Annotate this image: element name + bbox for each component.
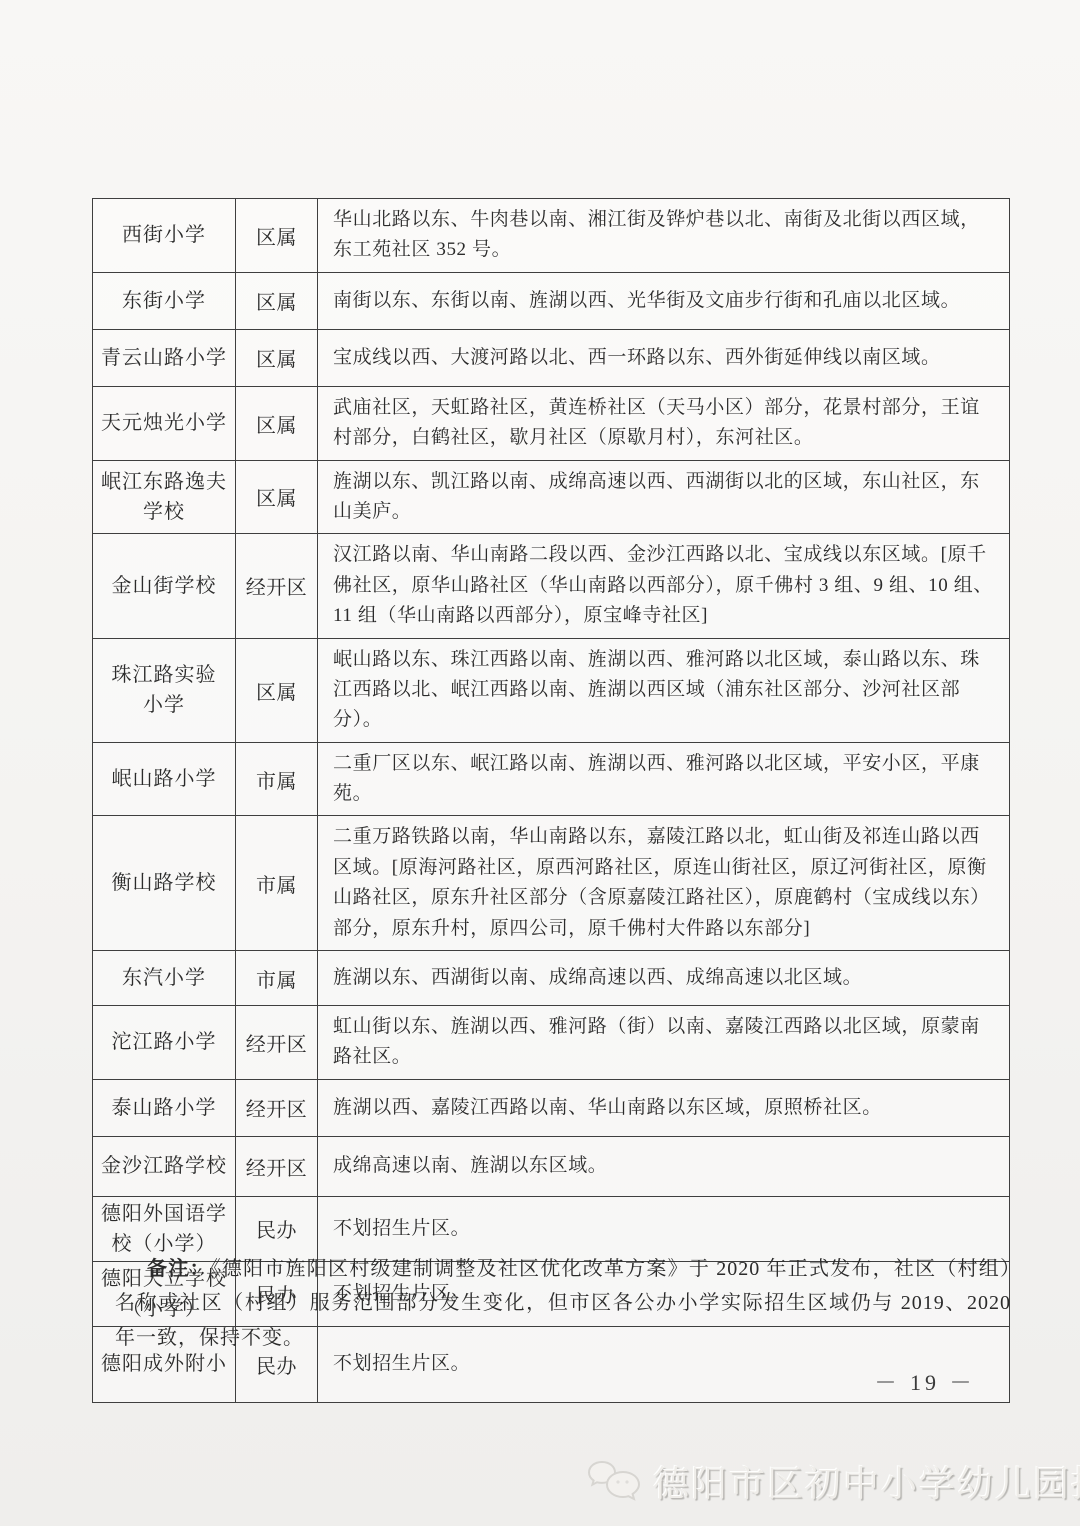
district-cell: 二重万路铁路以南，华山南路以东，嘉陵江路以北，虹山街及祁连山路以西区域。[原海河… — [318, 816, 1010, 951]
affiliation-cell: 区属 — [236, 199, 318, 273]
school-name-cell: 东街小学 — [93, 272, 236, 329]
footnote-label: 备注： — [147, 1258, 211, 1280]
district-cell: 虹山街以东、旌湖以西、雅河路（街）以南、嘉陵江西路以北区域，原蒙南路社区。 — [318, 1006, 1010, 1080]
table-row: 珠江路实验 小学 区属 岷山路以东、珠江西路以南、旌湖以西、雅河路以北区域，泰山… — [93, 638, 1010, 742]
school-name-cell: 金山街学校 — [93, 534, 236, 638]
district-cell: 南街以东、东街以南、旌湖以西、光华街及文庙步行街和孔庙以北区域。 — [318, 272, 1010, 329]
affiliation-cell: 区属 — [236, 460, 318, 534]
footnote: 备注：《德阳市旌阳区村级建制调整及社区优化改革方案》于 2020 年正式发布，社… — [115, 1252, 1011, 1355]
district-cell: 成绵高速以南、旌湖以东区域。 — [318, 1136, 1010, 1196]
table-row: 沱江路小学 经开区 虹山街以东、旌湖以西、雅河路（街）以南、嘉陵江西路以北区域，… — [93, 1006, 1010, 1080]
affiliation-cell: 经开区 — [236, 1079, 318, 1136]
district-cell: 二重厂区以东、岷江路以南、旌湖以西、雅河路以北区域，平安小区，平康苑。 — [318, 742, 1010, 816]
district-cell: 旌湖以东、凯江路以南、成绵高速以西、西湖街以北的区域，东山社区，东山美庐。 — [318, 460, 1010, 534]
table-row: 金山街学校 经开区 汉江路以南、华山南路二段以西、金沙江西路以北、宝成线以东区域… — [93, 534, 1010, 638]
footnote-text: 《德阳市旌阳区村级建制调整及社区优化改革方案》于 2020 年正式发布，社区（村… — [115, 1258, 1011, 1349]
district-cell: 武庙社区，天虹路社区，黄连桥社区（天马小区）部分，花景村部分，王谊村部分，白鹤社… — [318, 386, 1010, 460]
district-cell: 汉江路以南、华山南路二段以西、金沙江西路以北、宝成线以东区域。[原千佛社区，原华… — [318, 534, 1010, 638]
affiliation-cell: 市属 — [236, 742, 318, 816]
affiliation-cell: 区属 — [236, 638, 318, 742]
affiliation-cell: 市属 — [236, 951, 318, 1006]
platform-watermark: 德阳市区初中小学幼儿园招生平台 — [585, 1456, 1080, 1507]
table-row: 西街小学 区属 华山北路以东、牛肉巷以南、湘江街及铧炉巷以北、南街及北街以西区域… — [93, 199, 1010, 273]
chat-bubbles-icon — [585, 1458, 643, 1506]
school-name-cell: 岷江东路逸夫 学校 — [93, 460, 236, 534]
enrollment-table: 西街小学 区属 华山北路以东、牛肉巷以南、湘江街及铧炉巷以北、南街及北街以西区域… — [92, 198, 1010, 1403]
school-name-cell: 青云山路小学 — [93, 329, 236, 386]
district-cell: 宝成线以西、大渡河路以北、西一环路以东、西外街延伸线以南区域。 — [318, 329, 1010, 386]
school-name-cell: 西街小学 — [93, 199, 236, 273]
district-cell: 旌湖以西、嘉陵江西路以南、华山南路以东区域，原照桥社区。 — [318, 1079, 1010, 1136]
district-cell: 岷山路以东、珠江西路以南、旌湖以西、雅河路以北区域，泰山路以东、珠江西路以北、岷… — [318, 638, 1010, 742]
school-name-cell: 金沙江路学校 — [93, 1136, 236, 1196]
school-name-cell: 衡山路学校 — [93, 816, 236, 951]
school-name-cell: 泰山路小学 — [93, 1079, 236, 1136]
table-row: 泰山路小学 经开区 旌湖以西、嘉陵江西路以南、华山南路以东区域，原照桥社区。 — [93, 1079, 1010, 1136]
affiliation-cell: 区属 — [236, 329, 318, 386]
table-row: 岷山路小学 市属 二重厂区以东、岷江路以南、旌湖以西、雅河路以北区域，平安小区，… — [93, 742, 1010, 816]
page-number: － 19 － — [860, 1366, 990, 1397]
district-cell: 华山北路以东、牛肉巷以南、湘江街及铧炉巷以北、南街及北街以西区域，东工苑社区 3… — [318, 199, 1010, 273]
school-name-cell: 沱江路小学 — [93, 1006, 236, 1080]
affiliation-cell: 经开区 — [236, 1136, 318, 1196]
table-row: 金沙江路学校 经开区 成绵高速以南、旌湖以东区域。 — [93, 1136, 1010, 1196]
affiliation-cell: 区属 — [236, 272, 318, 329]
affiliation-cell: 经开区 — [236, 1006, 318, 1080]
table-row: 岷江东路逸夫 学校 区属 旌湖以东、凯江路以南、成绵高速以西、西湖街以北的区域，… — [93, 460, 1010, 534]
table-row: 东汽小学 市属 旌湖以东、西湖街以南、成绵高速以西、成绵高速以北区域。 — [93, 951, 1010, 1006]
table-row: 青云山路小学 区属 宝成线以西、大渡河路以北、西一环路以东、西外街延伸线以南区域… — [93, 329, 1010, 386]
table-row: 天元烛光小学 区属 武庙社区，天虹路社区，黄连桥社区（天马小区）部分，花景村部分… — [93, 386, 1010, 460]
school-name-cell: 珠江路实验 小学 — [93, 638, 236, 742]
affiliation-cell: 经开区 — [236, 534, 318, 638]
affiliation-cell: 市属 — [236, 816, 318, 951]
table-row: 衡山路学校 市属 二重万路铁路以南，华山南路以东，嘉陵江路以北，虹山街及祁连山路… — [93, 816, 1010, 951]
table-row: 东街小学 区属 南街以东、东街以南、旌湖以西、光华街及文庙步行街和孔庙以北区域。 — [93, 272, 1010, 329]
district-cell: 旌湖以东、西湖街以南、成绵高速以西、成绵高速以北区域。 — [318, 951, 1010, 1006]
school-name-cell: 天元烛光小学 — [93, 386, 236, 460]
school-name-cell: 东汽小学 — [93, 951, 236, 1006]
affiliation-cell: 区属 — [236, 386, 318, 460]
school-name-cell: 岷山路小学 — [93, 742, 236, 816]
document-page: 西街小学 区属 华山北路以东、牛肉巷以南、湘江街及铧炉巷以北、南街及北街以西区域… — [0, 0, 1080, 1526]
watermark-text: 德阳市区初中小学幼儿园招生平台 — [653, 1456, 1080, 1507]
